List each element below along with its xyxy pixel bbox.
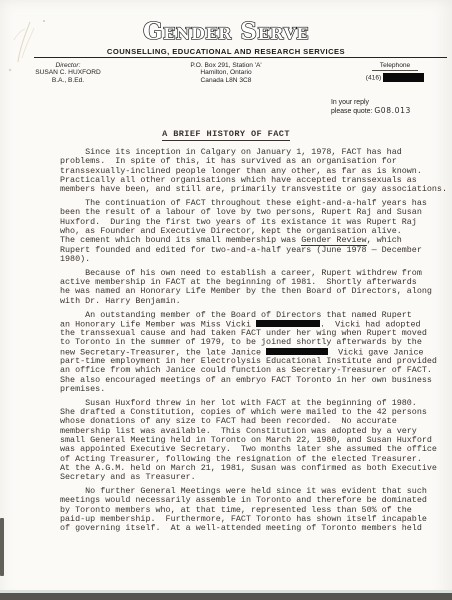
redacted-text <box>256 320 320 328</box>
director-block: Director: SUSAN C. HUXFORD B.A., B.Ed. <box>16 62 120 84</box>
paragraph: Susan Huxford threw in her lot with FACT… <box>60 399 450 483</box>
address-line-3: Canada L8N 3C8 <box>150 77 302 84</box>
text-run: She also encouraged meetings of an embry… <box>60 375 432 385</box>
paragraph: An outstanding member of the Board of Di… <box>60 311 450 395</box>
director-credentials: B.A., B.Ed. <box>16 77 120 84</box>
document-line: with Dr. Harry Benjamin. <box>60 297 450 306</box>
telephone-area-code: (416) <box>366 74 381 81</box>
paragraph: No further General Meetings were held si… <box>60 487 450 533</box>
reply-note-line-2: please quote: <box>331 108 372 115</box>
reply-quote-code: G08.013 <box>374 106 411 115</box>
logo-wordmark: Gender Serve <box>143 18 309 45</box>
scanned-letter-page: Gender Serve COUNSELLING, EDUCATIONAL AN… <box>0 0 452 600</box>
text-run: 1980). <box>60 254 90 264</box>
document-title-row: A BRIEF HISTORY OF FACT <box>0 123 452 141</box>
text-run: Secretary and as Treasurer. <box>60 472 196 482</box>
address-line-2: Hamilton, Ontario <box>150 69 302 76</box>
scan-artifact-bottom-dark <box>0 593 452 600</box>
address-line-1: P.O. Box 291, Station 'A' <box>150 62 302 69</box>
scan-artifact-left-edge <box>0 518 4 576</box>
text-run: members have been, and still are, primar… <box>60 184 447 194</box>
document-line: to Toronto in the summer of 1979, to be … <box>60 338 450 347</box>
document-line: An outstanding member of the Board of Di… <box>60 311 450 320</box>
letterhead-rule <box>34 57 447 58</box>
text-run: premises. <box>60 384 105 394</box>
director-name: SUSAN C. HUXFORD <box>16 69 120 76</box>
document-line: premises. <box>60 385 450 394</box>
gender-serve-logo: Gender Serve <box>111 14 341 48</box>
telephone-label: Telephone <box>372 62 418 71</box>
document-title: A BRIEF HISTORY OF FACT <box>162 129 290 141</box>
text-run: An outstanding member of the Board of Di… <box>60 310 412 320</box>
director-label: Director: <box>16 62 120 69</box>
text-run: with Dr. Harry Benjamin. <box>60 296 181 306</box>
text-run: Rupert founded and edited for two-and-a-… <box>60 245 422 255</box>
reply-note: In your reply please quote: G08.013 <box>331 99 411 115</box>
telephone-number-redaction <box>383 73 424 82</box>
document-line: of governing itself. At a well-attended … <box>60 524 450 533</box>
paragraph: Because of his own need to establish a c… <box>60 269 450 306</box>
telephone-block: Telephone (416) <box>344 62 446 82</box>
document-body: Since its inception in Calgary on Januar… <box>60 148 450 538</box>
address-block: P.O. Box 291, Station 'A' Hamilton, Onta… <box>150 62 302 84</box>
document-line: members have been, and still are, primar… <box>60 185 450 194</box>
document-line: Rupert founded and edited for two-and-a-… <box>60 246 450 255</box>
paragraph: Since its inception in Calgary on Januar… <box>60 148 450 194</box>
text-run: of governing itself. At a well-attended … <box>60 523 422 533</box>
letterhead-tagline: COUNSELLING, EDUCATIONAL AND RESEARCH SE… <box>0 47 452 56</box>
document-line: Secretary and as Treasurer. <box>60 473 450 482</box>
redacted-text <box>266 348 328 356</box>
document-line: She also encouraged meetings of an embry… <box>60 376 450 385</box>
paragraph: The continuation of FACT throughout thes… <box>60 199 450 264</box>
document-line: 1980). <box>60 255 450 264</box>
text-run: to Toronto in the summer of 1979, to be … <box>60 337 422 347</box>
